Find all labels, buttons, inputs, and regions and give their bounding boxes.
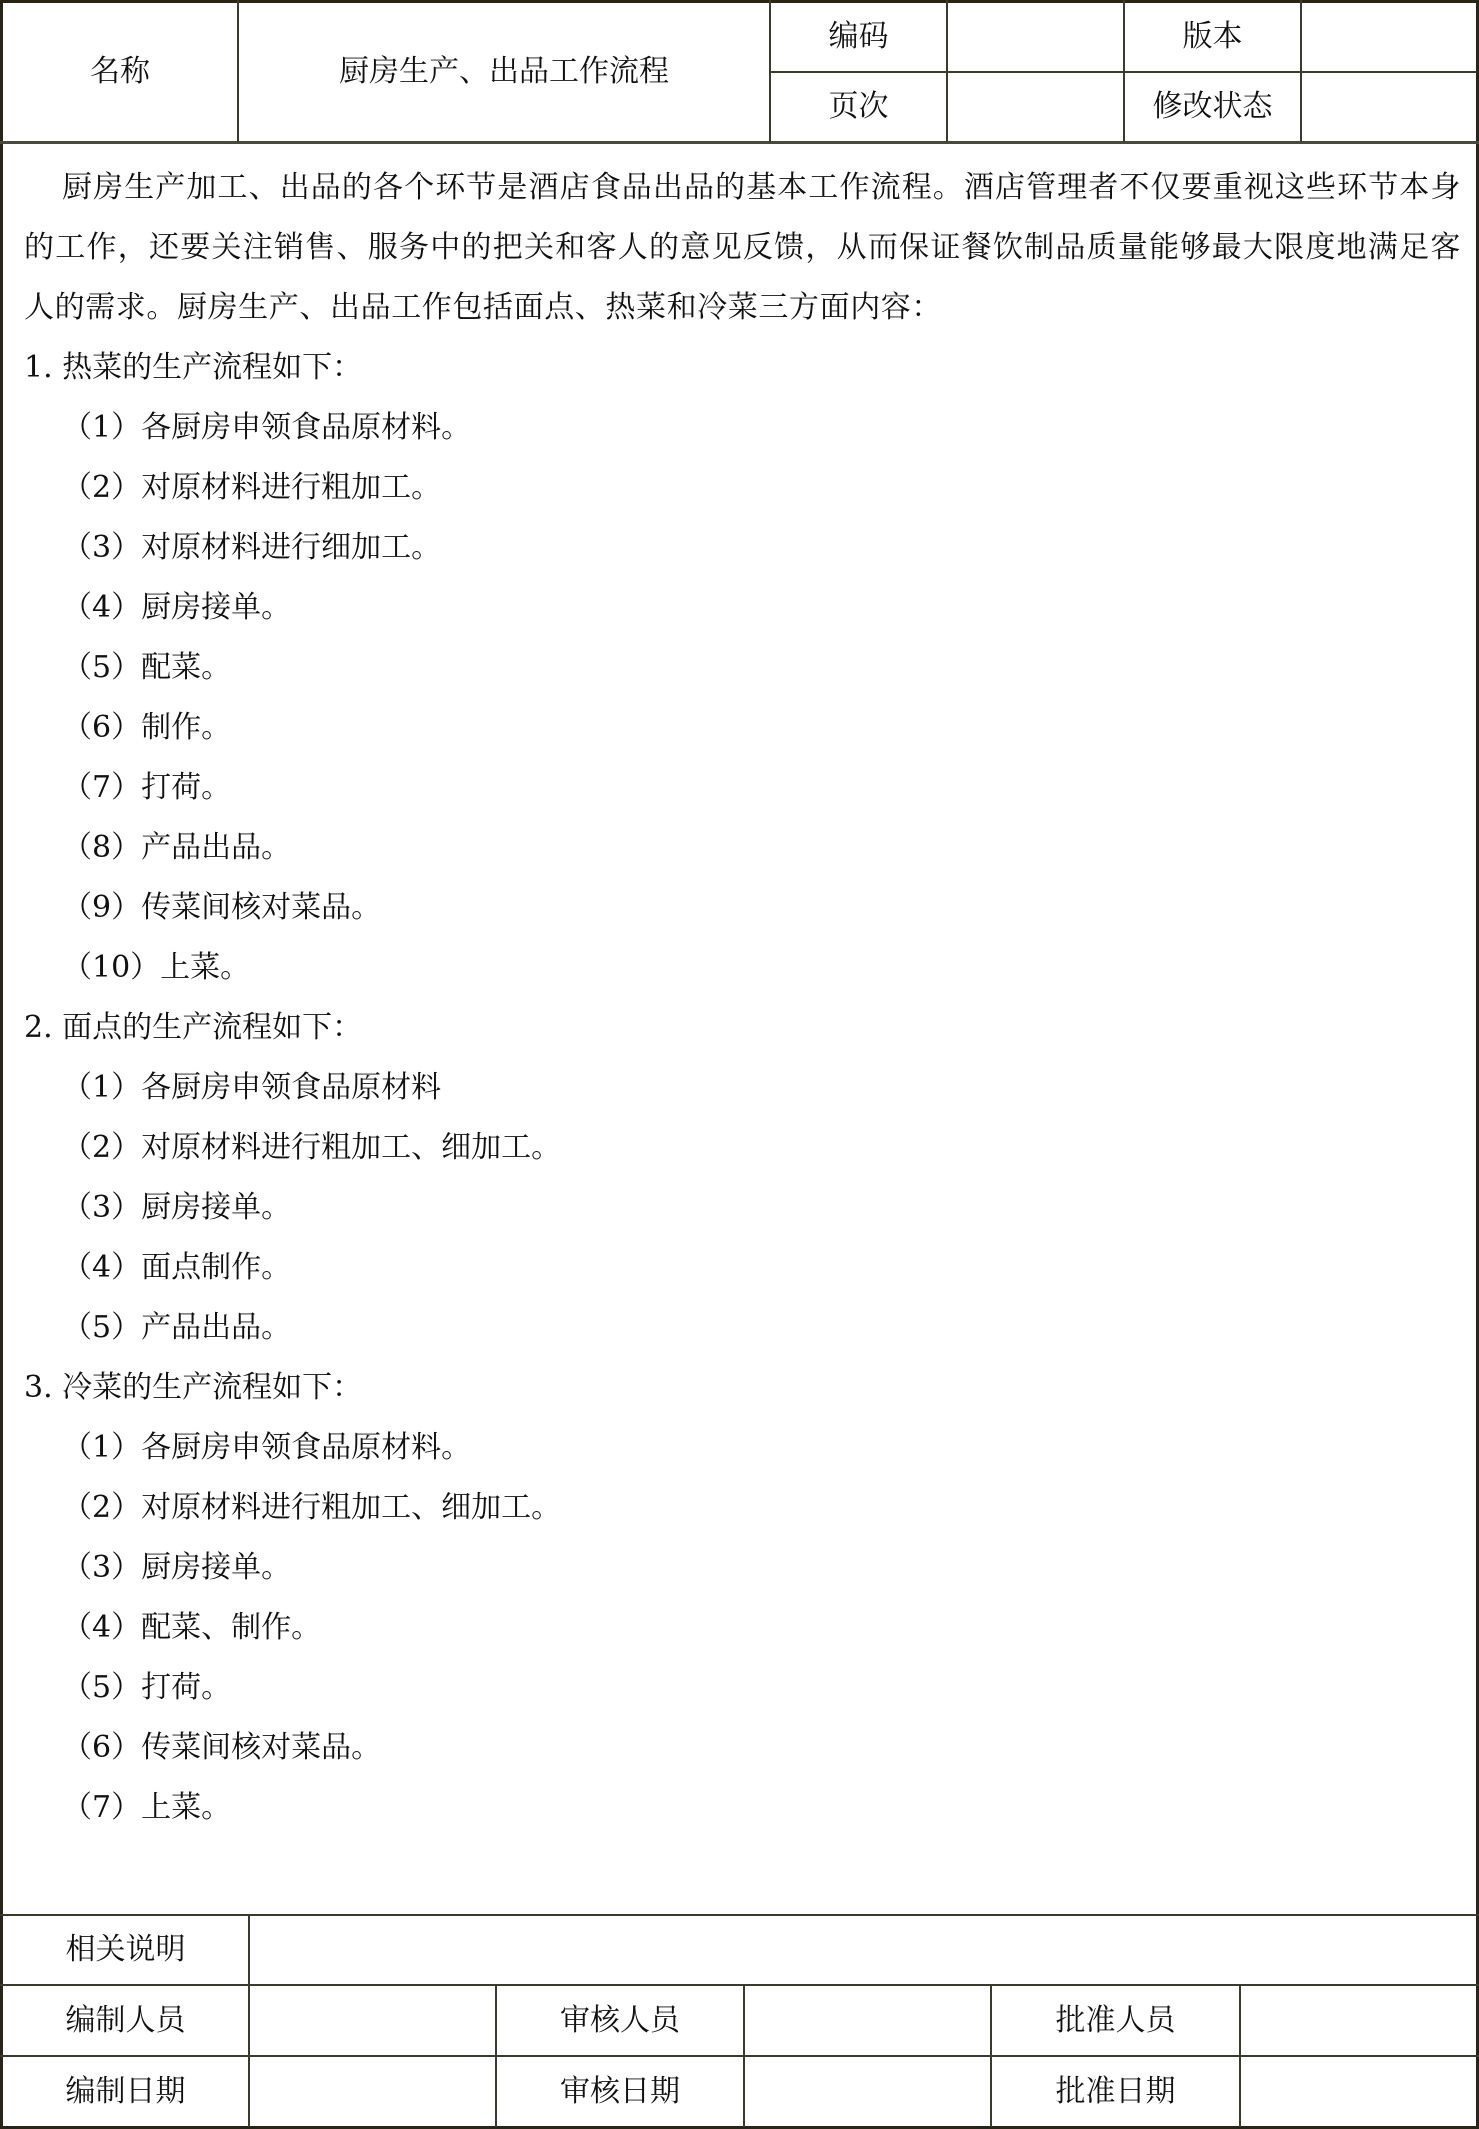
list-item: （3）对原材料进行细加工。 bbox=[24, 518, 1461, 578]
approved-by-field[interactable] bbox=[1241, 1986, 1476, 2055]
approved-date-label: 批准日期 bbox=[992, 2057, 1239, 2126]
reviewed-by-label: 审核人员 bbox=[497, 1986, 743, 2055]
prepared-by-label: 编制人员 bbox=[3, 1986, 248, 2055]
name-label: 名称 bbox=[3, 3, 237, 141]
section-heading-cold-dishes: 3. 冷菜的生产流程如下： bbox=[24, 1358, 1461, 1418]
notes-field[interactable] bbox=[250, 1916, 1476, 1984]
list-item: （7）打荷。 bbox=[24, 758, 1461, 818]
page-label: 页次 bbox=[771, 73, 946, 141]
list-item: （3）厨房接单。 bbox=[24, 1178, 1461, 1238]
list-item: （4）配菜、制作。 bbox=[24, 1598, 1461, 1658]
list-item: （5）产品出品。 bbox=[24, 1298, 1461, 1358]
list-item: （10）上菜。 bbox=[24, 938, 1461, 998]
list-item: （5）打荷。 bbox=[24, 1658, 1461, 1718]
intro-paragraph: 厨房生产加工、出品的各个环节是酒店食品出品的基本工作流程。酒店管理者不仅要重视这… bbox=[24, 158, 1461, 338]
list-item: （5）配菜。 bbox=[24, 638, 1461, 698]
list-item: （8）产品出品。 bbox=[24, 818, 1461, 878]
list-item: （1）各厨房申领食品原材料。 bbox=[24, 1418, 1461, 1478]
revision-status-label: 修改状态 bbox=[1125, 73, 1300, 141]
page-field[interactable] bbox=[948, 73, 1123, 141]
list-item: （4）厨房接单。 bbox=[24, 578, 1461, 638]
list-item: （2）对原材料进行粗加工、细加工。 bbox=[24, 1478, 1461, 1538]
list-item: （1）各厨房申领食品原材料。 bbox=[24, 398, 1461, 458]
version-field[interactable] bbox=[1302, 3, 1476, 71]
list-item: （3）厨房接单。 bbox=[24, 1538, 1461, 1598]
list-item: （7）上菜。 bbox=[24, 1778, 1461, 1838]
reviewed-date-field[interactable] bbox=[745, 2057, 990, 2126]
document-title: 厨房生产、出品工作流程 bbox=[239, 3, 769, 141]
reviewed-date-label: 审核日期 bbox=[497, 2057, 743, 2126]
list-item: （1）各厨房申领食品原材料 bbox=[24, 1058, 1461, 1118]
document-body: 厨房生产加工、出品的各个环节是酒店食品出品的基本工作流程。酒店管理者不仅要重视这… bbox=[24, 158, 1461, 1838]
list-item: （2）对原材料进行粗加工。 bbox=[24, 458, 1461, 518]
version-label: 版本 bbox=[1125, 3, 1300, 71]
header-bottom-rule bbox=[0, 141, 1479, 144]
reviewed-by-field[interactable] bbox=[745, 1986, 990, 2055]
code-label: 编码 bbox=[771, 3, 946, 71]
notes-label: 相关说明 bbox=[3, 1916, 248, 1984]
list-item: （6）传菜间核对菜品。 bbox=[24, 1718, 1461, 1778]
list-item: （9）传菜间核对菜品。 bbox=[24, 878, 1461, 938]
revision-status-field[interactable] bbox=[1302, 73, 1476, 141]
list-item: （6）制作。 bbox=[24, 698, 1461, 758]
code-field[interactable] bbox=[948, 3, 1123, 71]
list-item: （4）面点制作。 bbox=[24, 1238, 1461, 1298]
approved-date-field[interactable] bbox=[1241, 2057, 1476, 2126]
prepared-by-field[interactable] bbox=[250, 1986, 495, 2055]
section-heading-hot-dishes: 1. 热菜的生产流程如下： bbox=[24, 338, 1461, 398]
list-item: （2）对原材料进行粗加工、细加工。 bbox=[24, 1118, 1461, 1178]
section-heading-pastry: 2. 面点的生产流程如下： bbox=[24, 998, 1461, 1058]
prepared-date-field[interactable] bbox=[250, 2057, 495, 2126]
prepared-date-label: 编制日期 bbox=[3, 2057, 248, 2126]
approved-by-label: 批准人员 bbox=[992, 1986, 1239, 2055]
